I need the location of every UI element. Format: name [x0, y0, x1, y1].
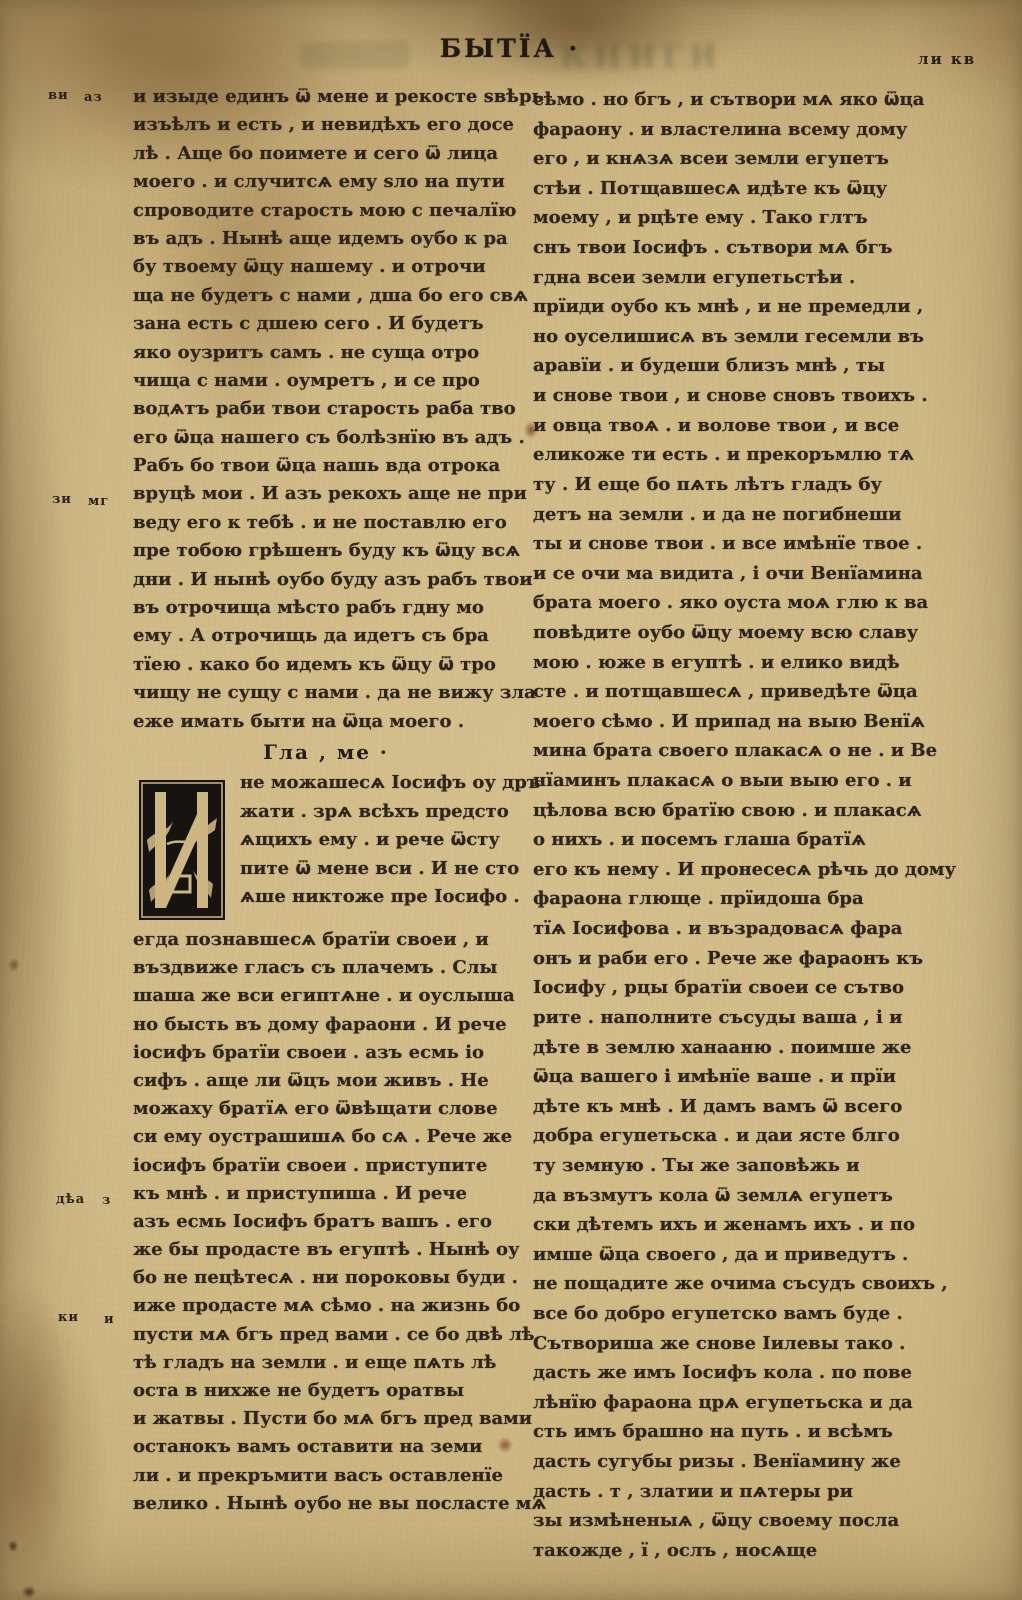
text-line: егда познавшесѧ братїи своеи , и [133, 929, 519, 957]
text-line: дасть . т , златии и пѧтеры ри [533, 1481, 925, 1511]
text-line: шаша же вси египтѧне . и оуслыша [133, 985, 519, 1013]
text-line: тѣ гладъ на земли . и еще пѧть лѣ [133, 1352, 519, 1380]
marginal-note-7: ки [58, 1310, 79, 1325]
text-line: си ему оустрашишѧ бо сѧ . Рече же [133, 1126, 519, 1154]
text-line: брата моего . яко оуста моѧ глю к ва [533, 592, 925, 622]
text-line: гдна всеи земли егупетьстѣи . [533, 267, 925, 297]
text-line: не можашесѧ Іосифъ оу дръ [240, 772, 520, 801]
text-line: бо не пецѣтесѧ . ни пороковы буди . [133, 1267, 519, 1295]
text-line: велико . Нынѣ оубо не вы посласте мѧ [133, 1493, 519, 1521]
text-line: иже продасте мѧ сѣмо . на жизнь бо [133, 1295, 519, 1323]
text-line: дни . И нынѣ оубо буду азъ рабъ твои [133, 569, 519, 597]
text-line: вруцѣ мои . И азъ рекохъ аще не при [133, 483, 519, 511]
text-line: тїѧ Іосифова . и възрадовасѧ фара [533, 918, 925, 948]
text-line: мою . юже в егуптѣ . и елико видѣ [533, 652, 925, 682]
rust-spot-2 [8, 958, 20, 972]
text-line: и снове твои , и снове сновъ твоихъ . [533, 385, 925, 415]
text-line: чищу не сущу с нами . да не вижу зла [133, 682, 519, 710]
book-page: КНИГИ БЫТЇА · ли кв ви аз зи мг дѣа з ки… [0, 0, 1022, 1600]
text-line: стѣи . Потщавшесѧ идѣте къ ѿцу [533, 178, 925, 208]
text-line: сѣмо . но бгъ , и сътвори мѧ яко ѿца [533, 89, 925, 119]
text-line: аравїи . и будеши близъ мнѣ , ты [533, 355, 925, 385]
text-line: сте . и потщавшесѧ , приведѣте ѿца [533, 681, 925, 711]
text-line: мина брата своего плакасѧ о не . и Ве [533, 740, 925, 770]
text-line: о нихъ . и посемъ глаша братїѧ [533, 829, 925, 859]
text-line: но оуселишисѧ въ земли гесемли въ [533, 326, 925, 356]
text-line: рите . наполните съсуды ваша , і и [533, 1007, 925, 1037]
marginal-note-2: аз [84, 90, 103, 105]
decorated-initial-letter [139, 780, 225, 920]
text-line: яко оузритъ самъ . не суща отро [133, 342, 519, 370]
text-line: къ мнѣ . и приступиша . И рече [133, 1183, 519, 1211]
text-line: азъ есмь Іосифъ братъ вашъ . его [133, 1211, 519, 1239]
text-line: Сътвориша же снове Іилевы тако . [533, 1333, 925, 1363]
text-line: въ адъ . Нынѣ аще идемъ оубо к ра [133, 228, 519, 256]
text-line: цѣлова всю братїю свою . и плакасѧ [533, 800, 925, 830]
text-line: спроводите старость мою с печалїю [133, 200, 519, 228]
text-line: фараону . и властелина всему дому [533, 119, 925, 149]
text-line: ща не будетъ с нами , дша бо его свѧ [133, 285, 519, 313]
text-line: нїаминъ плакасѧ о выи выю его . и [533, 770, 925, 800]
text-line: имше ѿца своего , да и приведутъ . [533, 1244, 925, 1274]
text-line: изъѣлъ и есть , и невидѣхъ его досе [133, 114, 519, 142]
text-line: іосифъ братїи своеи . приступите [133, 1155, 519, 1183]
text-line: дѣте къ мнѣ . И дамъ вамъ ѿ всего [533, 1096, 925, 1126]
text-line: еликоже ти есть . и прекоръмлю тѧ [533, 444, 925, 474]
left-column-text: и изыде единъ ѿ мене и рекосте ѕвѣрьизъѣ… [133, 86, 519, 739]
speck-bottom-left-2 [22, 1586, 36, 1598]
text-line: моего сѣмо . И припад на выю Венїѧ [533, 711, 925, 741]
text-line: сть имъ брашно на путь . и всѣмъ [533, 1421, 925, 1451]
text-line: водѧтъ раби твои старость раба тво [133, 398, 519, 426]
text-line: пре тобою грѣшенъ буду къ ѿцу всѧ [133, 540, 519, 568]
text-line: Іосифу , рцы братїи своеи се сътво [533, 977, 925, 1007]
text-line: ту . И еще бо пѧть лѣтъ гладъ бу [533, 474, 925, 504]
text-line: останокъ вамъ оставити на земи [133, 1436, 519, 1464]
text-line: ѧщихъ ему . и рече ѿсту [240, 829, 520, 858]
text-line: моего . и случитсѧ ему ѕло на пути [133, 171, 519, 199]
text-line: іосифъ братїи своеи . азъ есмь іо [133, 1042, 519, 1070]
text-line: зы измѣненыѧ , ѿцу своему посла [533, 1510, 925, 1540]
text-line: можаху братїѧ его ѿвѣщати слове [133, 1098, 519, 1126]
text-line: такожде , ї , ослъ , носѧще [533, 1540, 925, 1570]
text-line: бу твоему ѿцу нашему . и отрочи [133, 256, 519, 284]
text-line: и изыде единъ ѿ мене и рекосте ѕвѣрь [133, 86, 519, 114]
text-line: лѣ . Аще бо поимете и сего ѿ лица [133, 143, 519, 171]
text-line: въ отрочища мѣсто рабъ гдну мо [133, 597, 519, 625]
text-line: пите ѿ мене вси . И не сто [240, 858, 520, 887]
bleedthrough-blob [300, 41, 410, 68]
text-line: его къ нему . И пронесесѧ рѣчь до дому [533, 859, 925, 889]
left-column-text-beside-initial: не можашесѧ Іосифъ оу дръжати . зрѧ всѣх… [240, 772, 520, 915]
text-line: чища с нами . оумретъ , и се про [133, 370, 519, 398]
text-line: дѣте в землю ханааню . поимше же [533, 1037, 925, 1067]
text-line: детъ на земли . и да не погибнеши [533, 504, 925, 534]
marginal-note-6: з [102, 1193, 111, 1208]
text-line: ли . и прекръмити васъ оставленїе [133, 1465, 519, 1493]
text-line: ски дѣтемъ ихъ и женамъ ихъ . и по [533, 1214, 925, 1244]
text-line: зана есть с дшею сего . И будетъ [133, 313, 519, 341]
text-line: веду его к тебѣ . и не поставлю его [133, 512, 519, 540]
text-line: въздвиже гласъ съ плачемъ . Слы [133, 957, 519, 985]
text-line: лѣнїю фараона црѧ егупетьска и да [533, 1392, 925, 1422]
text-line: ему . А отрочищь да идетъ съ бра [133, 625, 519, 653]
text-line: ѧше никтоже пре Іосифо . [240, 886, 520, 915]
text-line: ѿца вашего і имѣнїе ваше . и прїи [533, 1066, 925, 1096]
folio-number: ли кв [918, 50, 976, 68]
text-line: же бы продасте въ егуптѣ . Нынѣ оу [133, 1239, 519, 1267]
marginal-note-3: зи [52, 492, 72, 507]
text-line: оста в нихже не будетъ оратвы [133, 1380, 519, 1408]
stain-left-band [0, 1280, 70, 1580]
text-line: все бо добро егупетско вамъ буде . [533, 1303, 925, 1333]
right-column-text: сѣмо . но бгъ , и сътвори мѧ яко ѿцафара… [533, 89, 925, 1569]
marginal-note-5: дѣа [56, 1192, 85, 1207]
text-line: онъ и раби его . Рече же фараонъ къ [533, 948, 925, 978]
text-line: дасть сугубы ризы . Венїамину же [533, 1451, 925, 1481]
text-line: ту земную . Ты же заповѣжь и [533, 1155, 925, 1185]
text-line: добра егупетьска . и даи ясте блго [533, 1125, 925, 1155]
text-line: Рабъ бо твои ѿца нашь вда отрока [133, 455, 519, 483]
speck-bottom-left-1 [8, 1540, 18, 1552]
text-line: жати . зрѧ всѣхъ предсто [240, 801, 520, 830]
text-line: и се очи ма видита , і очи Венїамина [533, 563, 925, 593]
text-line: фараона глюще . прїидоша бра [533, 888, 925, 918]
text-line: еже имать быти на ѿца моего . [133, 711, 519, 739]
left-column-text-after-initial: егда познавшесѧ братїи своеи , ивъздвиже… [133, 929, 519, 1521]
text-line: повѣдите оубо ѿцу моему всю славу [533, 622, 925, 652]
text-line: его , и кнѧзѧ всеи земли егупетъ [533, 148, 925, 178]
marginal-note-4: мг [88, 494, 109, 509]
text-line: не пощадите же очима съсудъ своихъ , [533, 1273, 925, 1303]
text-line: сифъ . аще ли ѿцъ мои живъ . Не [133, 1070, 519, 1098]
text-line: прїиди оубо къ мнѣ , и не премедли , [533, 296, 925, 326]
text-line: но бысть въ дому фараони . И рече [133, 1014, 519, 1042]
marginal-note-1: ви [48, 88, 69, 103]
text-line: моему , и рцѣте ему . Тако глтъ [533, 207, 925, 237]
text-line: его ѿца нашего съ болѣзнїю въ адъ . [133, 427, 519, 455]
text-line: ты и снове твои . и все имѣнїе твое . [533, 533, 925, 563]
text-line: и жатвы . Пусти бо мѧ бгъ пред вами [133, 1408, 519, 1436]
text-line: и овца твоѧ . и волове твои , и все [533, 415, 925, 445]
text-line: снъ твои Іосифъ . сътвори мѧ бгъ [533, 237, 925, 267]
text-line: да възмутъ кола ѿ землѧ егупетъ [533, 1185, 925, 1215]
marginal-note-8: и [104, 1312, 115, 1327]
chapter-heading: Гла , ме · [133, 740, 519, 764]
text-line: дасть же имъ Іосифъ кола . по пове [533, 1362, 925, 1392]
text-line: пусти мѧ бгъ пред вами . се бо двѣ лѣ [133, 1324, 519, 1352]
running-title: БЫТЇА · [410, 34, 610, 63]
text-line: тїею . како бо идемъ къ ѿцу ѿ тро [133, 654, 519, 682]
